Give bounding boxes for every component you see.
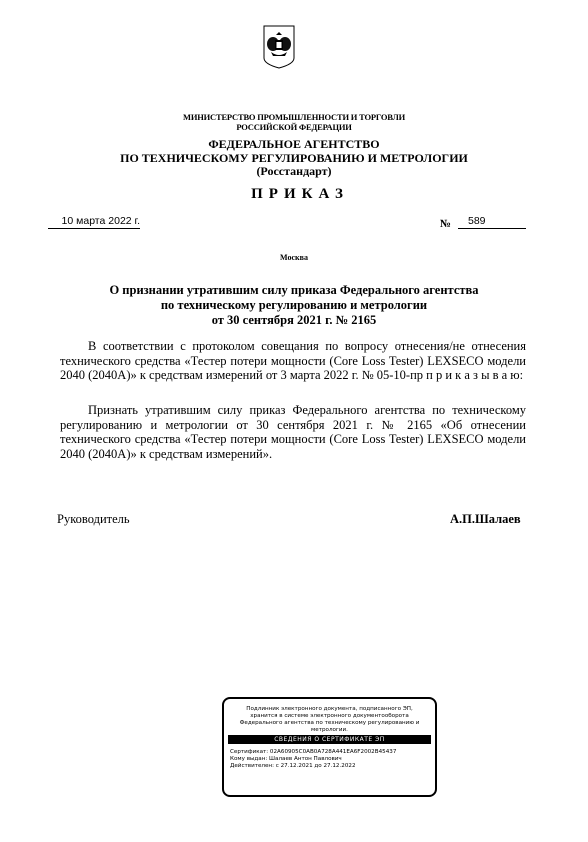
ministry-name: МИНИСТЕРСТВО ПРОМЫШЛЕННОСТИ И ТОРГОВЛИ Р… (0, 112, 588, 132)
document-title: О признании утратившим силу приказа Феде… (0, 283, 588, 328)
russian-coat-of-arms-icon (262, 24, 296, 70)
stamp-info: Сертификат: 02A60905C0AB0A728A441EA6F200… (224, 744, 435, 770)
body-paragraph-1: В соответствии с протоколом совещания по… (60, 339, 526, 383)
stamp-header-line: Федерального агентства по техническому р… (232, 720, 427, 727)
number-sign: № (440, 218, 451, 230)
stamp-header-line: метрологии. (232, 727, 427, 734)
title-line-2: по техническому регулированию и метролог… (0, 298, 588, 313)
city: Москва (0, 253, 588, 262)
agency-line-3: (Росстандарт) (0, 165, 588, 179)
title-line-3: от 30 сентября 2021 г. № 2165 (0, 313, 588, 328)
stamp-owner: Кому выдан: Шалаев Антон Павлович (230, 756, 431, 763)
agency-line-2: ПО ТЕХНИЧЕСКОМУ РЕГУЛИРОВАНИЮ И МЕТРОЛОГ… (0, 152, 588, 166)
ministry-line-1: МИНИСТЕРСТВО ПРОМЫШЛЕННОСТИ И ТОРГОВЛИ (0, 112, 588, 122)
stamp-header-line: хранится в системе электронного документ… (232, 713, 427, 720)
signatory-role: Руководитель (57, 512, 130, 527)
agency-line-1: ФЕДЕРАЛЬНОЕ АГЕНТСТВО (0, 138, 588, 152)
agency-name: ФЕДЕРАЛЬНОЕ АГЕНТСТВО ПО ТЕХНИЧЕСКОМУ РЕ… (0, 138, 588, 179)
ministry-line-2: РОССИЙСКОЙ ФЕДЕРАЦИИ (0, 122, 588, 132)
title-line-1: О признании утратившим силу приказа Феде… (0, 283, 588, 298)
document-date: 10 марта 2022 г. (48, 215, 140, 229)
stamp-header: Подлинник электронного документа, подпис… (224, 699, 435, 734)
e-signature-stamp: Подлинник электронного документа, подпис… (222, 697, 437, 797)
stamp-header-line: Подлинник электронного документа, подпис… (232, 706, 427, 713)
document-type: ПРИКАЗ (0, 186, 588, 203)
stamp-banner: СВЕДЕНИЯ О СЕРТИФИКАТЕ ЭП (228, 735, 431, 744)
document-number: 589 (458, 215, 526, 229)
body-paragraph-2: Признать утратившим силу приказ Федераль… (60, 403, 526, 461)
signatory-name: А.П.Шалаев (450, 512, 521, 527)
stamp-certificate: Сертификат: 02A60905C0AB0A728A441EA6F200… (230, 749, 431, 756)
stamp-validity: Действителен: с 27.12.2021 до 27.12.2022 (230, 763, 431, 770)
